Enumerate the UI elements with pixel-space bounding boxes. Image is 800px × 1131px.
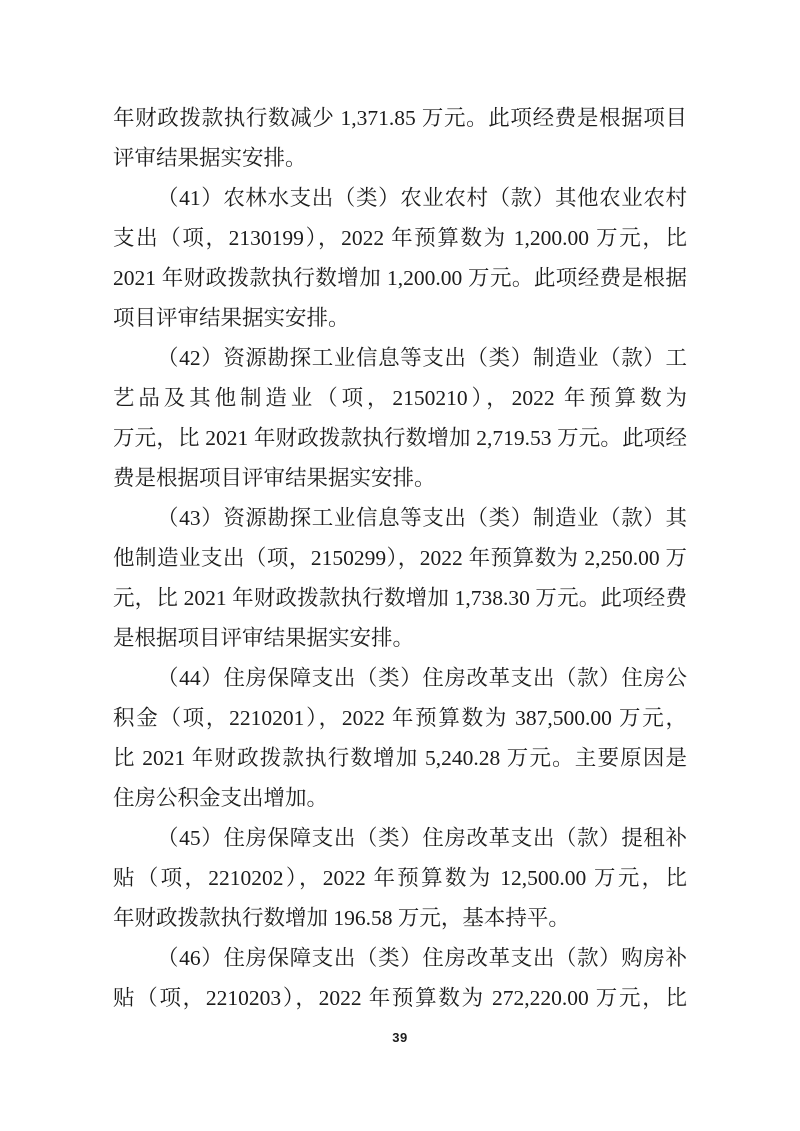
page-footer: 39 xyxy=(0,1029,800,1047)
text-line: 住房公积金支出增加。 xyxy=(113,778,687,818)
page-number: 39 xyxy=(392,1030,407,1045)
text-line: 比 2021 年财政拨款执行数增加 5,240.28 万元。主要原因是 xyxy=(113,738,687,778)
text-line: 评审结果据实安排。 xyxy=(113,138,687,178)
text-line: 年财政拨款执行数增加 196.58 万元，基本持平。 xyxy=(113,898,687,938)
text-line: 他制造业支出（项，2150299），2022 年预算数为 2,250.00 万 xyxy=(113,538,687,578)
text-line: 积金（项，2210201），2022 年预算数为 387,500.00 万元， xyxy=(113,698,687,738)
document-page: 年财政拨款执行数减少 1,371.85 万元。此项经费是根据项目评审结果据实安排… xyxy=(0,0,800,1131)
text-line: 项目评审结果据实安排。 xyxy=(113,298,687,338)
text-line: 是根据项目评审结果据实安排。 xyxy=(113,618,687,658)
text-line: 贴（项，2210203），2022 年预算数为 272,220.00 万元，比 xyxy=(113,978,687,1018)
text-line: （43）资源勘探工业信息等支出（类）制造业（款）其 xyxy=(113,498,687,538)
text-line: 艺品及其他制造业（项，2150210），2022 年预算数为 2,996.00 xyxy=(113,378,687,418)
text-line: （41）农林水支出（类）农业农村（款）其他农业农村 xyxy=(113,178,687,218)
text-line: 2021 年财政拨款执行数增加 1,200.00 万元。此项经费是根据 xyxy=(113,258,687,298)
text-line: 支出（项，2130199），2022 年预算数为 1,200.00 万元，比 xyxy=(113,218,687,258)
text-line: （44）住房保障支出（类）住房改革支出（款）住房公 xyxy=(113,658,687,698)
text-line: （46）住房保障支出（类）住房改革支出（款）购房补 xyxy=(113,938,687,978)
document-body: 年财政拨款执行数减少 1,371.85 万元。此项经费是根据项目评审结果据实安排… xyxy=(113,98,687,1018)
text-line: （45）住房保障支出（类）住房改革支出（款）提租补 xyxy=(113,818,687,858)
text-line: 费是根据项目评审结果据实安排。 xyxy=(113,458,687,498)
text-line: （42）资源勘探工业信息等支出（类）制造业（款）工 xyxy=(113,338,687,378)
text-line: 贴（项，2210202），2022 年预算数为 12,500.00 万元，比 2… xyxy=(113,858,687,898)
text-line: 元，比 2021 年财政拨款执行数增加 1,738.30 万元。此项经费 xyxy=(113,578,687,618)
text-line: 年财政拨款执行数减少 1,371.85 万元。此项经费是根据项目 xyxy=(113,98,687,138)
text-line: 万元，比 2021 年财政拨款执行数增加 2,719.53 万元。此项经 xyxy=(113,418,687,458)
